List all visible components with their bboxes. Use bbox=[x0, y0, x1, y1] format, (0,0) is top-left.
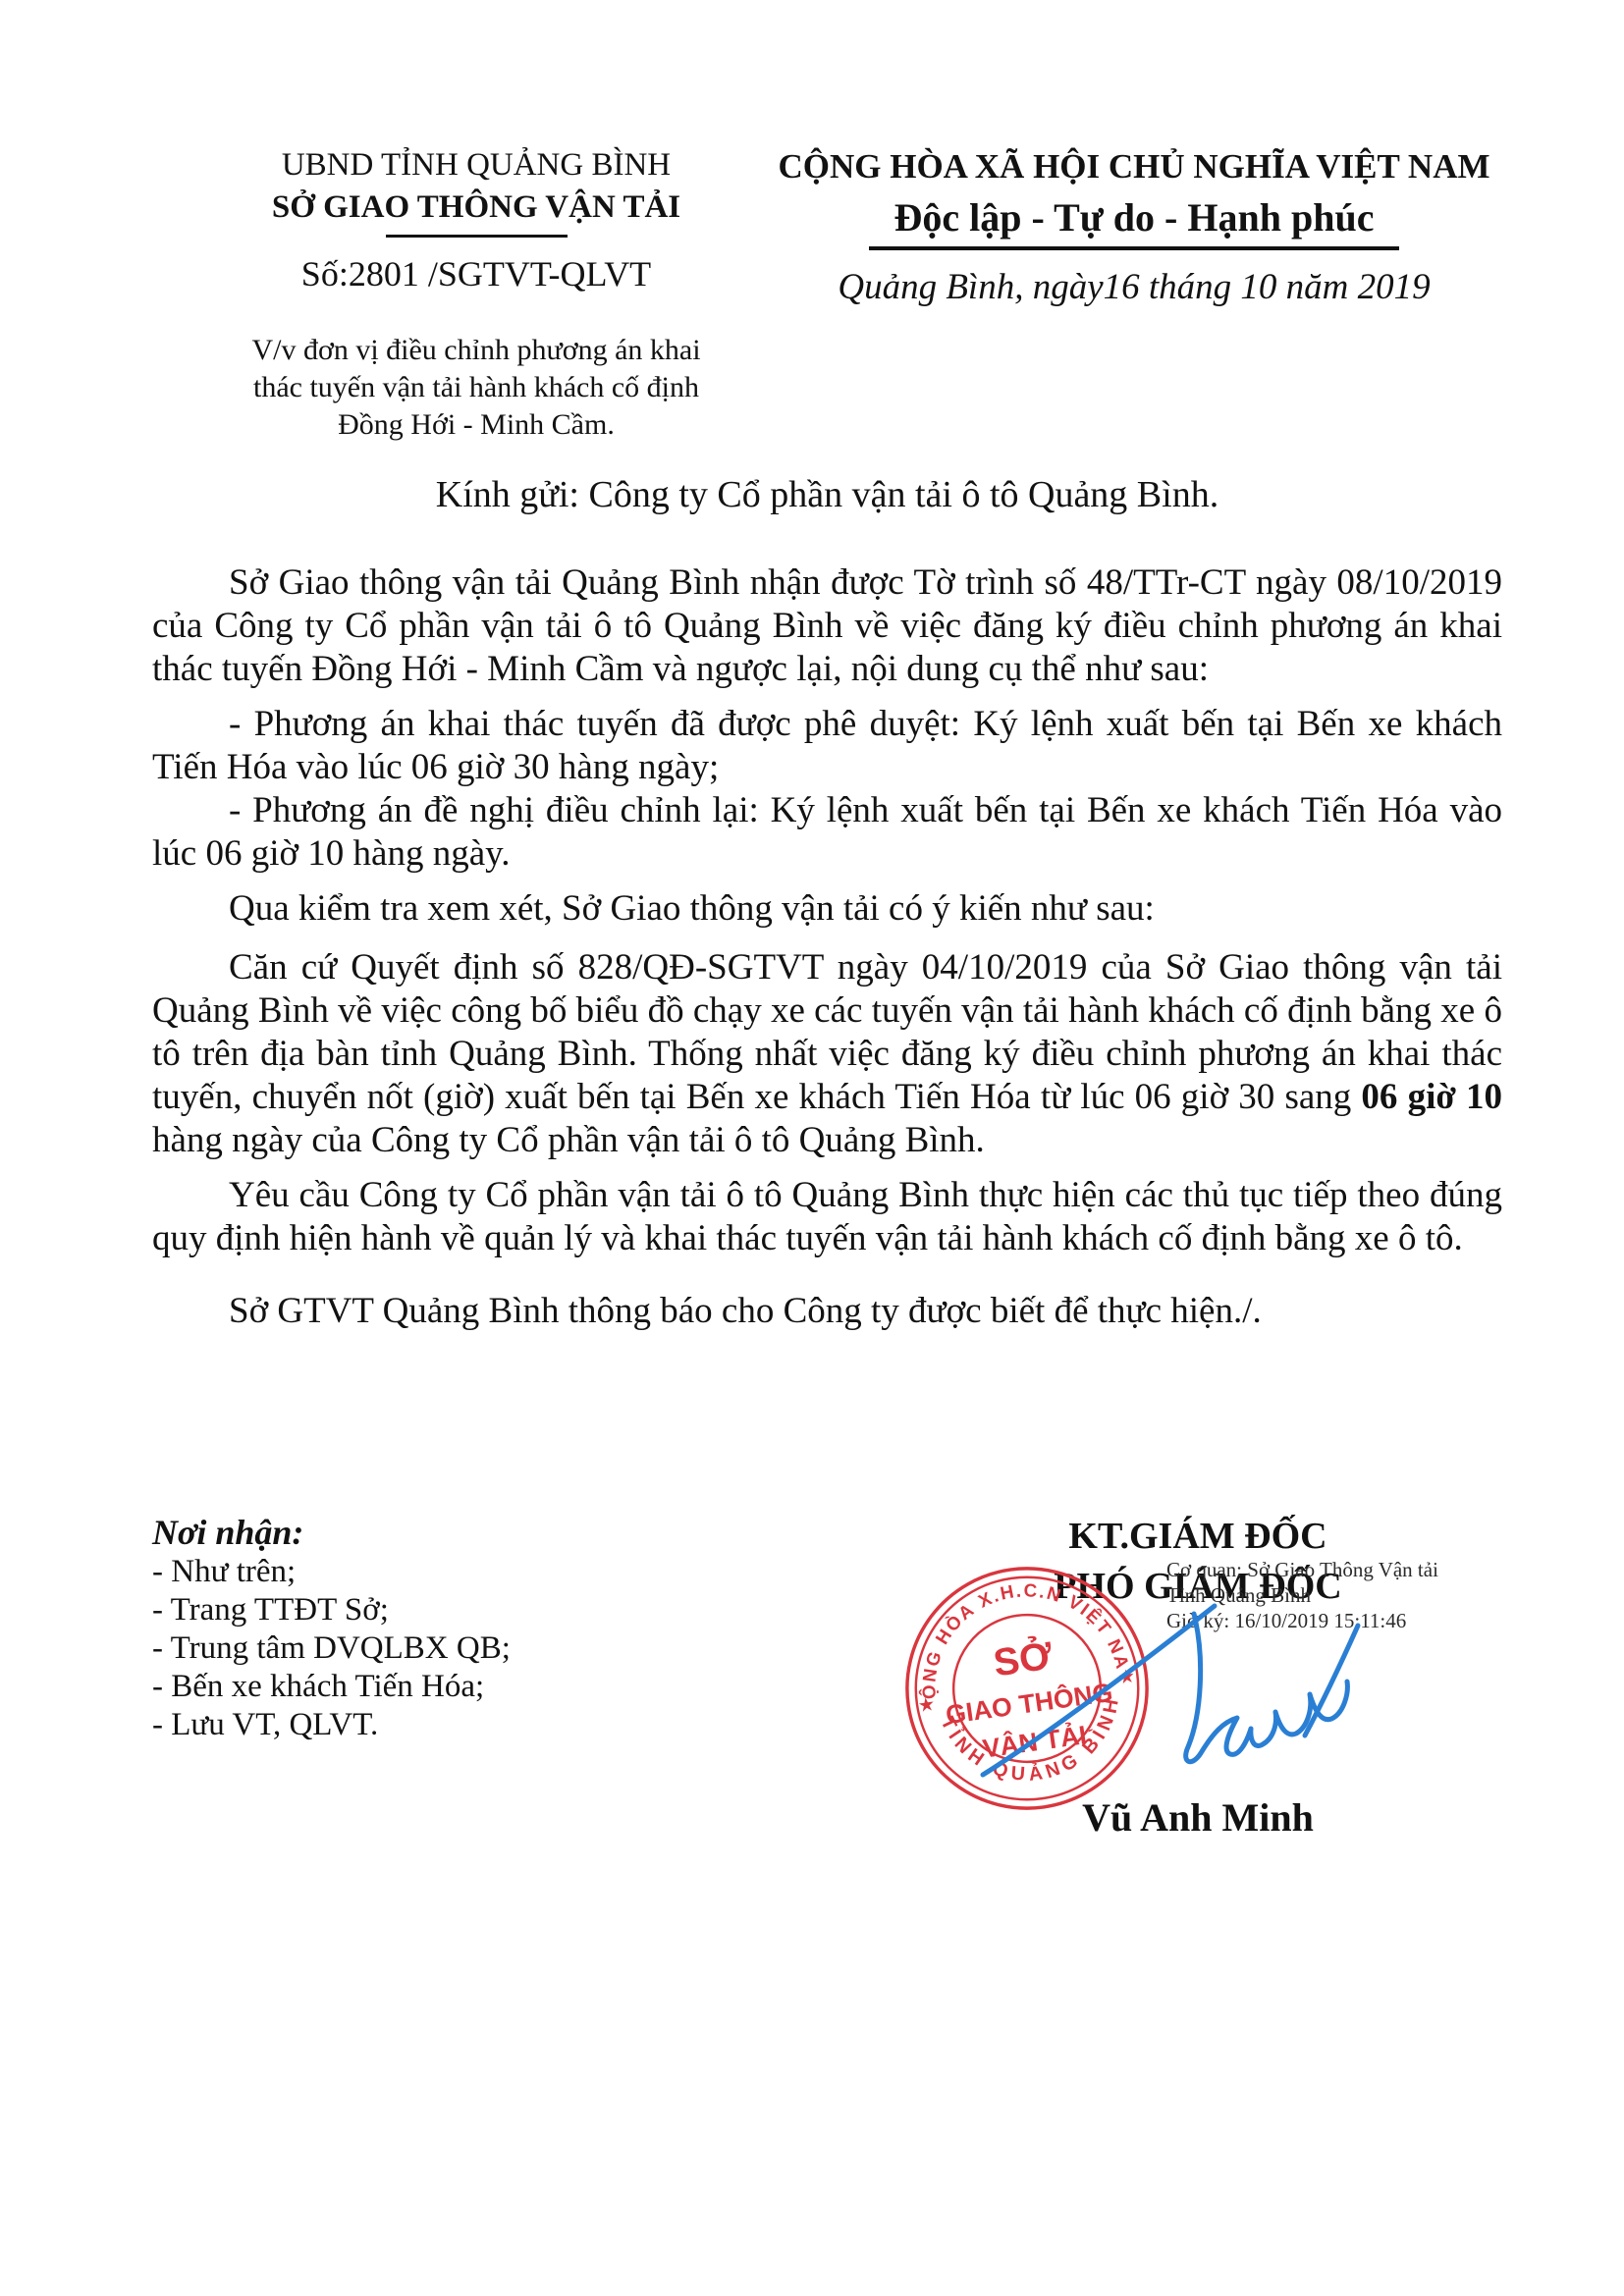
national-header-block: CỘNG HÒA XÃ HỘI CHỦ NGHĨA VIỆT NAM Độc l… bbox=[766, 147, 1502, 308]
parent-agency: UBND TỈNH QUẢNG BÌNH bbox=[147, 147, 805, 184]
national-title: CỘNG HÒA XÃ HỘI CHỦ NGHĨA VIỆT NAM bbox=[766, 147, 1502, 187]
recipient-item: - Trung tâm DVQLBX QB; bbox=[152, 1629, 511, 1668]
document-subject: V/v đơn vị điều chỉnh phương án khai thá… bbox=[147, 332, 805, 444]
recipients-label: Nơi nhận: bbox=[152, 1512, 511, 1553]
handwritten-signature-icon bbox=[967, 1586, 1370, 1788]
subject-line-2: thác tuyến vận tải hành khách cố định bbox=[147, 369, 805, 406]
subject-line-1: V/v đơn vị điều chỉnh phương án khai bbox=[147, 332, 805, 369]
paragraph-5-bold-time: 06 giờ 10 bbox=[1361, 1077, 1502, 1117]
paragraph-4: Qua kiểm tra xem xét, Sở Giao thông vận … bbox=[152, 887, 1502, 931]
esign-agency-line: Cơ quan: Sở Giao Thông Vận tải bbox=[1166, 1557, 1438, 1582]
recipient-item: - Lưu VT, QLVT. bbox=[152, 1706, 511, 1744]
issuing-agency-block: UBND TỈNH QUẢNG BÌNH SỞ GIAO THÔNG VẬN T… bbox=[147, 147, 805, 444]
recipients-block: Nơi nhận: - Như trên; - Trang TTĐT Sở; -… bbox=[152, 1512, 511, 1744]
paragraph-5: Căn cứ Quyết định số 828/QĐ-SGTVT ngày 0… bbox=[152, 946, 1502, 1162]
signature-stroke-letters bbox=[1186, 1614, 1348, 1762]
national-motto: Độc lập - Tự do - Hạnh phúc bbox=[869, 194, 1400, 250]
letter-body: Kính gửi: Công ty Cổ phần vận tải ô tô Q… bbox=[152, 473, 1502, 1333]
signer-name: Vũ Anh Minh bbox=[1001, 1794, 1394, 1841]
subject-line-3: Đồng Hới - Minh Cầm. bbox=[147, 406, 805, 444]
official-letter-page: UBND TỈNH QUẢNG BÌNH SỞ GIAO THÔNG VẬN T… bbox=[0, 0, 1624, 2296]
agency-name: SỞ GIAO THÔNG VẬN TẢI bbox=[147, 189, 805, 226]
signature-stroke-diagonal bbox=[983, 1606, 1215, 1775]
paragraph-3: - Phương án đề nghị điều chỉnh lại: Ký l… bbox=[152, 789, 1502, 876]
salutation: Kính gửi: Công ty Cổ phần vận tải ô tô Q… bbox=[152, 473, 1502, 516]
paragraph-7: Sở GTVT Quảng Bình thông báo cho Công ty… bbox=[152, 1290, 1502, 1333]
paragraph-5-text: Căn cứ Quyết định số 828/QĐ-SGTVT ngày 0… bbox=[152, 947, 1502, 1117]
paragraph-2: - Phương án khai thác tuyến đã được phê … bbox=[152, 703, 1502, 789]
place-dateline: Quảng Bình, ngày16 tháng 10 năm 2019 bbox=[766, 266, 1502, 308]
paragraph-1: Sở Giao thông vận tải Quảng Bình nhận đư… bbox=[152, 561, 1502, 691]
agency-underline bbox=[386, 235, 568, 238]
recipient-item: - Như trên; bbox=[152, 1553, 511, 1591]
paragraph-6: Yêu cầu Công ty Cổ phần vận tải ô tô Quả… bbox=[152, 1174, 1502, 1260]
document-number: Số:2801 /SGTVT-QLVT bbox=[147, 253, 805, 294]
signer-title-1: KT.GIÁM ĐỐC bbox=[943, 1512, 1453, 1562]
recipient-item: - Bến xe khách Tiến Hóa; bbox=[152, 1668, 511, 1706]
paragraph-5-tail: hàng ngày của Công ty Cổ phần vận tải ô … bbox=[152, 1120, 985, 1160]
recipient-item: - Trang TTĐT Sở; bbox=[152, 1591, 511, 1629]
